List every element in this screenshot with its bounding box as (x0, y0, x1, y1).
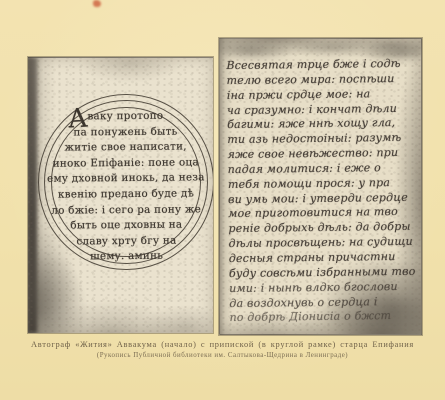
manuscript-line: славу хрту бгу на (42, 233, 210, 250)
spine-shadow (28, 58, 37, 333)
manuscript-line: ему дховной инокь, да неза (42, 171, 210, 188)
caption-source: (Рукопись Публичной библиотеки им. Салты… (0, 352, 445, 359)
circle-inscription: ваку протопопа понужень бытьжитіе свое н… (41, 108, 210, 265)
manuscript-photo-left: А ваку протопопа понужень бытьжитіе свое… (28, 57, 213, 333)
circle-frame: А ваку протопопа понужень бытьжитіе свое… (38, 94, 213, 270)
manuscript-line: быть оце дховны на (42, 217, 210, 234)
manuscript-line: тебя помощи прося: у пра (228, 176, 397, 193)
manuscript-line: телю всего мира: поспѣши (227, 72, 396, 89)
red-ink-mark (93, 0, 101, 7)
manuscript-line: житіе свое написати, (42, 139, 210, 156)
avvakum-text: Всесвятая трце бже і содѣтелю всего мира… (226, 57, 398, 326)
manuscript-line: ло бжіе: і сего ра пону же (42, 202, 210, 219)
book-plate-page: А ваку протопопа понужень бытьжитіе свое… (0, 0, 445, 400)
manuscript-line: па понужень быть (41, 124, 209, 141)
caption-title: Автограф «Жития» Аввакума (начало) с при… (0, 340, 445, 349)
plate-caption: Автограф «Жития» Аввакума (начало) с при… (0, 340, 445, 359)
manuscript-line: иноко Епіфаніе: поне оца (42, 155, 210, 172)
manuscript-photo-right: Всесвятая трце бже і содѣтелю всего мира… (219, 38, 422, 335)
manuscript-line: квенію предано буде дѣ (42, 186, 210, 203)
manuscript-line: падая молитися: і еже о (228, 161, 397, 178)
manuscript-line: ваку протопо (41, 108, 209, 125)
manuscript-line: по добрѣ Діонисіа о бжст (229, 309, 398, 326)
manuscript-line: шему. аминь (43, 249, 211, 266)
